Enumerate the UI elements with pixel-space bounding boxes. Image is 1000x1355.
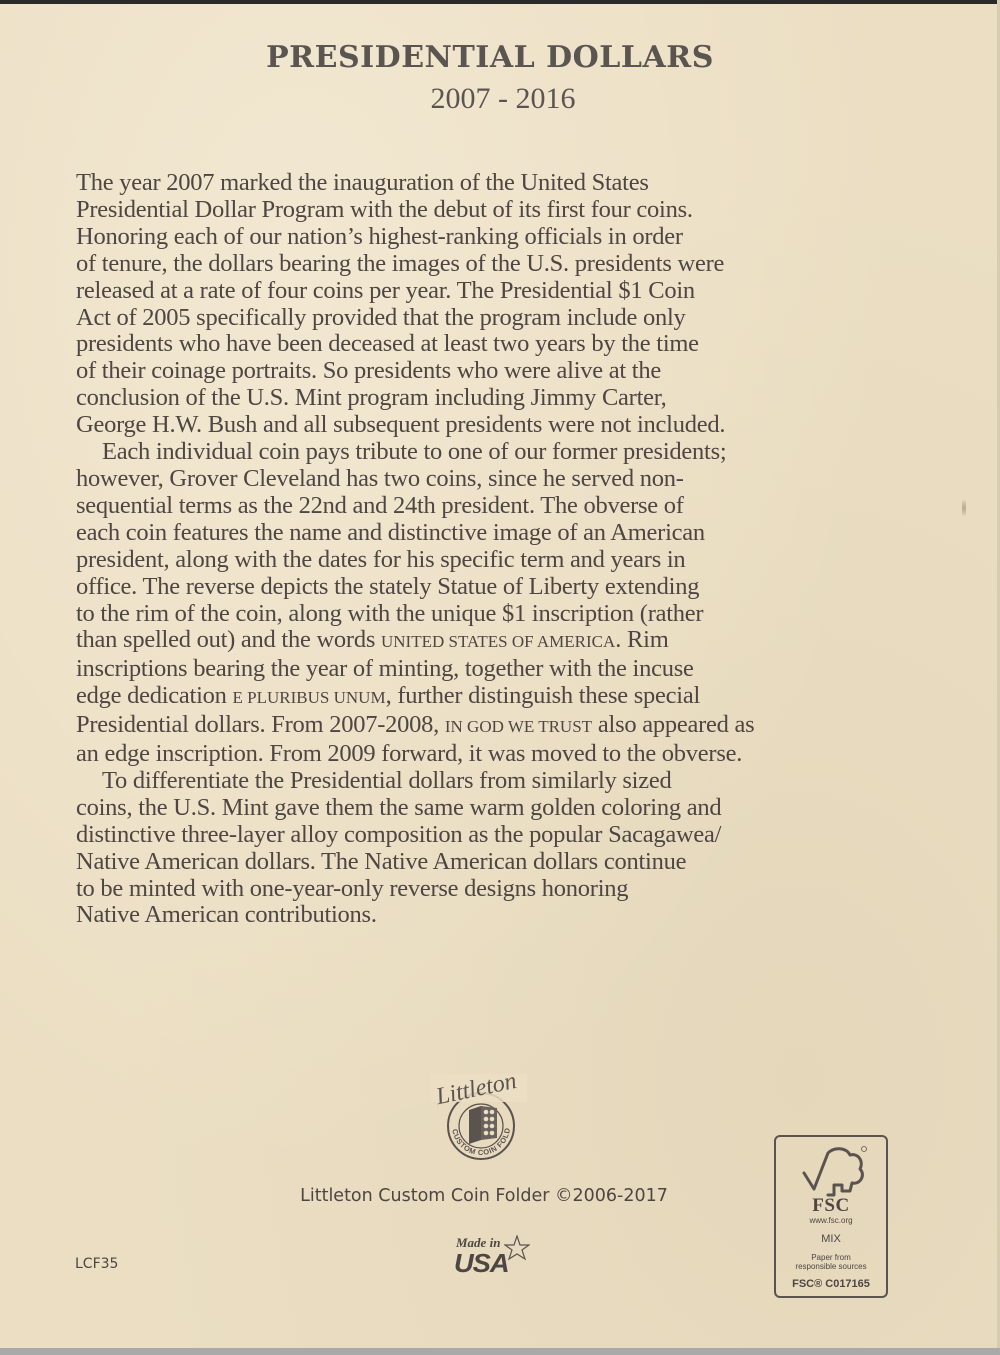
body-line: to be minted with one-year-only reverse … <box>76 876 906 903</box>
page-subtitle-years: 2007 - 2016 <box>0 82 1000 116</box>
body-line: Native American dollars. The Native Amer… <box>76 849 906 876</box>
fsc-license-code: FSC® C017165 <box>776 1278 886 1290</box>
body-line: Each individual coin pays tribute to one… <box>76 439 906 466</box>
body-line: Act of 2005 specifically provided that t… <box>76 305 906 332</box>
folder-back-cover: PRESIDENTIAL DOLLARS 2007 - 2016 The yea… <box>0 0 1000 1348</box>
body-line: office. The reverse depicts the stately … <box>76 574 906 601</box>
body-line: edge dedication E PLURIBUS UNUM, further… <box>76 683 906 712</box>
fsc-mark: FSC <box>776 1195 886 1217</box>
fsc-claim: Paper from responsible sources <box>776 1253 886 1271</box>
body-line: however, Grover Cleveland has two coins,… <box>76 466 906 493</box>
product-code: LCF35 <box>75 1256 118 1272</box>
body-line: inscriptions bearing the year of minting… <box>76 656 906 683</box>
body-line: George H.W. Bush and all subsequent pres… <box>76 412 906 439</box>
body-line: president, along with the dates for his … <box>76 547 906 574</box>
body-line: Honoring each of our nation’s highest-ra… <box>76 224 906 251</box>
littleton-logo: CUSTOM COIN FOLDER Littleton <box>425 1068 535 1168</box>
body-line: coins, the U.S. Mint gave them the same … <box>76 795 906 822</box>
paper-speck <box>962 500 966 516</box>
body-line: of tenure, the dollars bearing the image… <box>76 251 906 278</box>
fsc-label: FSC www.fsc.org MIX Paper from responsib… <box>774 1135 888 1298</box>
body-line: an edge inscription. From 2009 forward, … <box>76 741 906 768</box>
body-line: than spelled out) and the words UNITED S… <box>76 627 906 656</box>
body-line: to the rim of the coin, along with the u… <box>76 601 906 628</box>
small-caps-inscription: UNITED STATES OF AMERICA <box>381 632 615 651</box>
top-edge <box>0 0 1000 4</box>
fsc-claim-line1: Paper from <box>811 1253 851 1262</box>
body-line: The year 2007 marked the inauguration of… <box>76 170 906 197</box>
body-line: conclusion of the U.S. Mint program incl… <box>76 385 906 412</box>
body-line: Native American contributions. <box>76 902 906 929</box>
page-title: PRESIDENTIAL DOLLARS <box>0 40 980 75</box>
body-line: To differentiate the Presidential dollar… <box>76 768 906 795</box>
fsc-claim-line2: responsible sources <box>795 1262 866 1271</box>
bottom-edge <box>0 1348 1000 1355</box>
body-line: sequential terms as the 22nd and 24th pr… <box>76 493 906 520</box>
made-in-usa-badge: Made in USA <box>452 1235 532 1277</box>
body-line: Presidential dollars. From 2007-2008, IN… <box>76 712 906 741</box>
small-caps-inscription: E PLURIBUS UNUM <box>233 688 386 707</box>
body-line: distinctive three-layer alloy compositio… <box>76 822 906 849</box>
usa-label: USA <box>454 1248 509 1279</box>
body-line: of their coinage portraits. So president… <box>76 358 906 385</box>
body-line: each coin features the name and distinct… <box>76 520 906 547</box>
body-line: Presidential Dollar Program with the deb… <box>76 197 906 224</box>
fsc-url: www.fsc.org <box>776 1216 886 1225</box>
small-caps-inscription: IN GOD WE TRUST <box>445 717 592 736</box>
body-line: presidents who have been deceased at lea… <box>76 331 906 358</box>
body-line: released at a rate of four coins per yea… <box>76 278 906 305</box>
fsc-category: MIX <box>776 1233 886 1245</box>
body-text: The year 2007 marked the inauguration of… <box>76 170 906 929</box>
